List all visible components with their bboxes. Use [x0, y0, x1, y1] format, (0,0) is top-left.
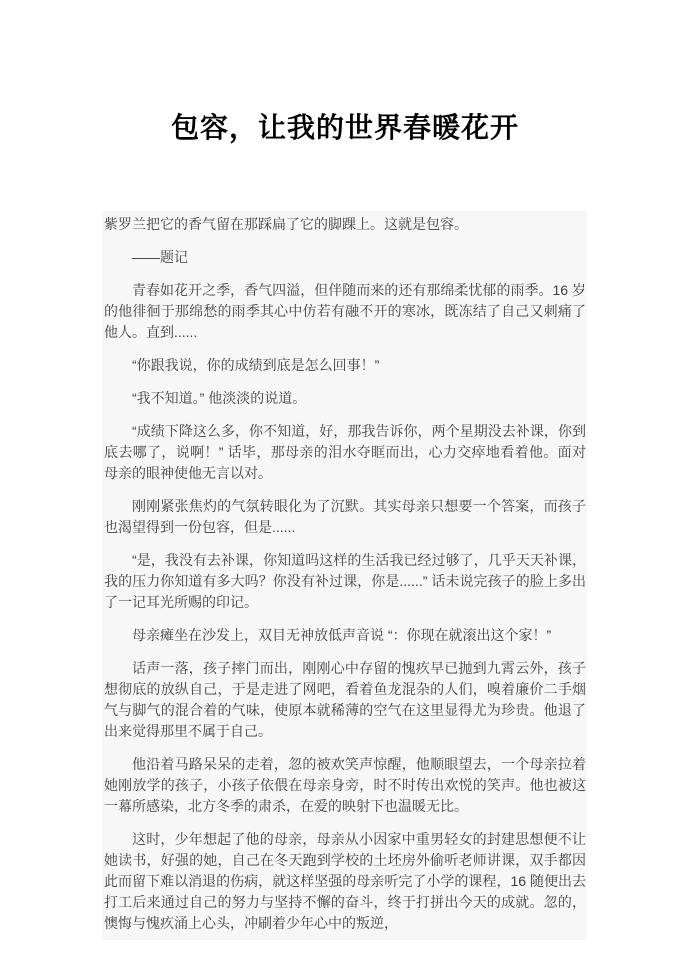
- essay-paragraph: “我不知道。” 他淡淡的说道。: [104, 388, 586, 409]
- page-title: 包容，让我的世界春暖花开: [0, 0, 690, 148]
- essay-paragraph: 这时，少年想起了他的母亲，母亲从小因家中重男轻女的封建思想便不让她读书，好强的她…: [104, 829, 586, 934]
- essay-paragraph: “是，我没有去补课，你知道吗这样的生活我已经过够了，几乎天天补课，我的压力你知道…: [104, 550, 586, 613]
- essay-paragraph: 刚刚紧张焦灼的气氛转眼化为了沉默。其实母亲只想要一个答案，而孩子也渴望得到一份包…: [104, 496, 586, 538]
- essay-paragraph: 母亲瘫坐在沙发上，双目无神放低声音说 “：你现在就滚出这个家！”: [104, 625, 586, 646]
- essay-paragraph-epigraph-text: 紫罗兰把它的香气留在那踩扁了它的脚踝上。这就是包容。: [104, 214, 586, 235]
- essay-paragraph: 青春如花开之季，香气四溢，但伴随而来的还有那绵柔忧郁的雨季。16 岁的他徘徊于那…: [104, 280, 586, 343]
- essay-paragraph: 他沿着马路呆呆的走着，忽的被欢笑声惊醒，他顺眼望去，一个母亲拉着她刚放学的孩子，…: [104, 754, 586, 817]
- essay-paragraph: “成绩下降这么多，你不知道，好，那我告诉你，两个星期没去补课，你到底去哪了，说啊…: [104, 421, 586, 484]
- essay-paragraph: 话声一落，孩子摔门而出，刚刚心中存留的愧疚早已抛到九霄云外，孩子想彻底的放纵自己…: [104, 658, 586, 742]
- essay-paragraph-epigraph-label: ——题记: [104, 247, 586, 268]
- essay-body: 紫罗兰把它的香气留在那踩扁了它的脚踝上。这就是包容。 ——题记 青春如花开之季，…: [102, 211, 587, 940]
- document-page: 包容，让我的世界春暖花开 紫罗兰把它的香气留在那踩扁了它的脚踝上。这就是包容。 …: [0, 0, 690, 976]
- essay-paragraph: “你跟我说，你的成绩到底是怎么回事！”: [104, 355, 586, 376]
